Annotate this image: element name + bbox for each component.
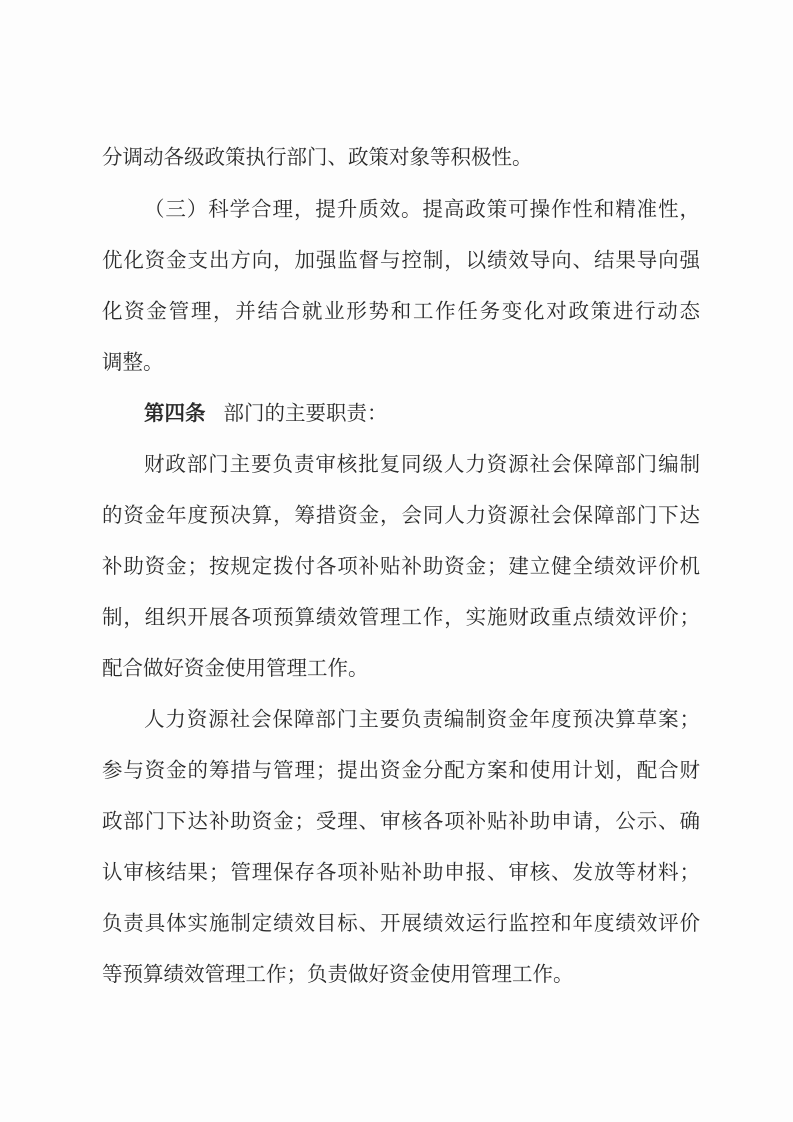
- article-4-heading: 第四条部门的主要职责：: [144, 399, 700, 427]
- paragraph-line: 化资金管理，并结合就业形势和工作任务变化对政策进行动态: [102, 297, 700, 325]
- article-title: 部门的主要职责：: [224, 401, 388, 425]
- paragraph-line: 制，组织开展各项预算绩效管理工作，实施财政重点绩效评价；: [102, 603, 700, 631]
- paragraph-line: 认审核结果；管理保存各项补贴补助申报、审核、发放等材料；: [102, 858, 700, 886]
- paragraph-line: 政部门下达补助资金；受理、审核各项补贴补助申请，公示、确: [102, 807, 700, 835]
- paragraph-line: 的资金年度预决算，筹措资金，会同人力资源社会保障部门下达: [102, 501, 700, 529]
- document-page: 分调动各级政策执行部门、政策对象等积极性。 （三）科学合理，提升质效。提高政策可…: [0, 0, 793, 1122]
- paragraph-line: 补助资金；按规定拨付各项补贴补助资金；建立健全绩效评价机: [102, 552, 700, 580]
- paragraph-line: （三）科学合理，提升质效。提高政策可操作性和精准性，: [144, 195, 700, 223]
- paragraph-line: 分调动各级政策执行部门、政策对象等积极性。: [102, 143, 700, 171]
- paragraph-line: 调整。: [102, 348, 700, 376]
- paragraph-line: 配合做好资金使用管理工作。: [102, 654, 700, 682]
- article-label: 第四条: [144, 401, 206, 425]
- paragraph-line: 人力资源社会保障部门主要负责编制资金年度预决算草案；: [144, 705, 700, 733]
- paragraph-line: 参与资金的筹措与管理；提出资金分配方案和使用计划，配合财: [102, 756, 700, 784]
- paragraph-line: 财政部门主要负责审核批复同级人力资源社会保障部门编制: [144, 450, 700, 478]
- paragraph-line: 优化资金支出方向，加强监督与控制，以绩效导向、结果导向强: [102, 246, 700, 274]
- paragraph-line: 负责具体实施制定绩效目标、开展绩效运行监控和年度绩效评价: [102, 909, 700, 937]
- paragraph-line: 等预算绩效管理工作；负责做好资金使用管理工作。: [102, 960, 700, 988]
